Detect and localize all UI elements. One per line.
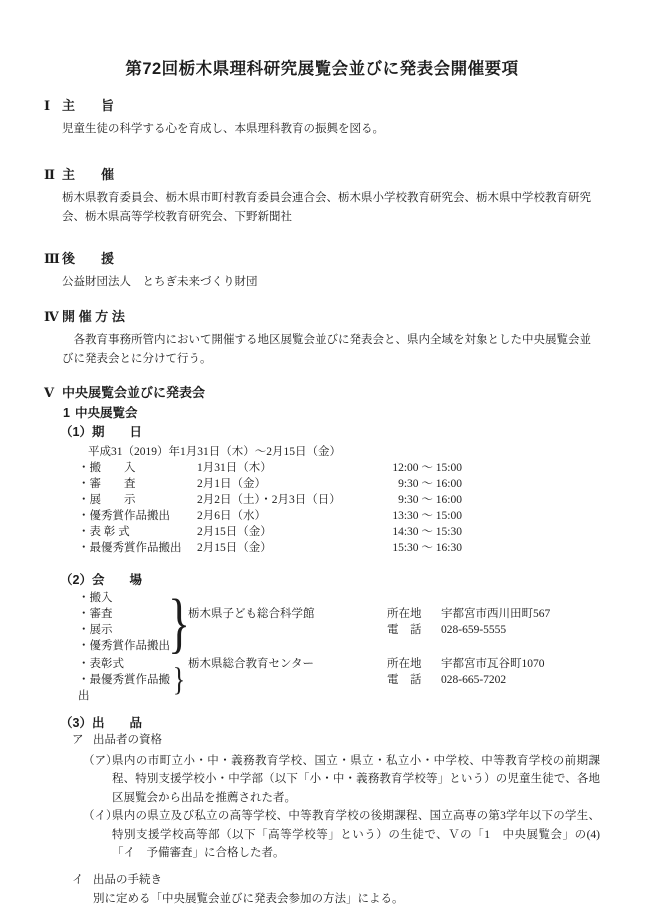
schedule-row-time: 9:30 ～ 16:00 <box>375 476 462 492</box>
item-marker: （ア） <box>83 752 112 771</box>
section-heading: 中央展覧会並びに発表会 <box>62 386 205 400</box>
schedule-period: 平成31（2019）年1月31日（木）～2月15日（金） <box>88 444 600 460</box>
item-text: 県内の県立及び私立の高等学校、中等教育学校の後期課程、国立高専の第3学年以下の学… <box>112 807 600 863</box>
page-title: 第72回栃木県理科研究展覧会並びに発表会開催要項 <box>44 58 600 80</box>
section-body: 児童生徒の科学する心を育成し、本県理科教育の振興を図る。 <box>62 120 598 139</box>
schedule-row-date: 2月6日（水） <box>197 508 375 524</box>
entry-section: （3）出 品 ア 出品者の資格 （ア） 県内の市町立小・中・義務教育学校、国立・… <box>44 716 600 907</box>
section-support: Ⅲ 後 援 公益財団法人 とちぎ未来づくり財団 <box>44 252 600 292</box>
section-numeral: Ⅳ <box>44 310 62 324</box>
schedule-row: ・最優秀賞作品搬出 2月15日（金） 15:30 ～ 16:30 <box>78 540 600 556</box>
venue-groups: ・搬入 ・審査 ・展示 ・優秀賞作品搬出 } 栃木県子ども総合科学館 所在地 宇… <box>78 590 600 704</box>
tel-label: 電 話 <box>387 672 435 688</box>
section-heading: 開 催 方 法 <box>62 310 125 324</box>
schedule-row-time: 13:30 ～ 15:00 <box>375 508 462 524</box>
section-body: 栃木県教育委員会、栃木県市町村教育委員会連合会、栃木県小学校教育研究会、栃木県中… <box>62 189 598 227</box>
subsection-heading: 中央展覧会 <box>75 406 138 420</box>
subsection-number: 1 <box>63 406 75 420</box>
venue-contact: 所在地 宇都宮市西川田町567 電 話 028-659-5555 <box>387 606 550 638</box>
schedule-row: ・展 示 2月2日（土）・2月3日（日） 9:30 ～ 16:00 <box>78 492 600 508</box>
schedule-row-label: ・優秀賞作品搬出 <box>78 508 197 524</box>
venue-group-items: ・表彰式 ・最優秀賞作品搬出 <box>78 656 172 704</box>
venue-contact: 所在地 宇都宮市瓦谷町1070 電 話 028-665-7202 <box>387 656 545 688</box>
venue-item: ・最優秀賞作品搬出 <box>78 672 172 704</box>
schedule-row-label: ・審 査 <box>78 476 197 492</box>
section-numeral: Ⅱ <box>44 168 62 182</box>
section-host: Ⅱ 主 催 栃木県教育委員会、栃木県市町村教育委員会連合会、栃木県小学校教育研究… <box>44 168 600 227</box>
qualification-heading-row: ア 出品者の資格 <box>72 733 600 748</box>
section-heading: 主 旨 <box>62 99 114 113</box>
schedule-row-date: 2月15日（金） <box>197 540 375 556</box>
section-body: 公益財団法人 とちぎ未来づくり財団 <box>62 273 598 292</box>
section-heading: 後 援 <box>62 252 114 266</box>
tel-value: 028-659-5555 <box>435 622 506 638</box>
address-value: 宇都宮市西川田町567 <box>435 606 550 622</box>
schedule-row-time: 9:30 ～ 16:00 <box>375 492 462 508</box>
schedule-row-label: ・表 彰 式 <box>78 524 197 540</box>
address-label: 所在地 <box>387 656 435 672</box>
item-letter: ア <box>72 733 93 748</box>
schedule-row-label: ・搬 入 <box>78 460 197 476</box>
schedule-row-time: 12:00 ～ 15:00 <box>375 460 462 476</box>
section-purpose: Ⅰ 主 旨 児童生徒の科学する心を育成し、本県理科教育の振興を図る。 <box>44 99 600 139</box>
schedule-row-label: ・最優秀賞作品搬出 <box>78 540 197 556</box>
qualification-item: （イ） 県内の県立及び私立の高等学校、中等教育学校の後期課程、国立高専の第3学年… <box>83 807 600 863</box>
section-heading: 主 催 <box>62 168 114 182</box>
item-text: 県内の市町立小・中・義務教育学校、国立・県立・私立小・中学校、中等教育学校の前期… <box>112 752 600 808</box>
brace-icon: } <box>172 656 186 704</box>
venue-heading: （2）会 場 <box>60 573 600 587</box>
schedule-row-date: 2月15日（金） <box>197 524 375 540</box>
schedule-row: ・搬 入 1月31日（木） 12:00 ～ 15:00 <box>78 460 600 476</box>
document-page: 第72回栃木県理科研究展覧会並びに発表会開催要項 Ⅰ 主 旨 児童生徒の科学する… <box>0 0 646 914</box>
venue-item: ・審査 <box>78 606 172 622</box>
schedule-row-date: 1月31日（木） <box>197 460 375 476</box>
schedule-row: ・表 彰 式 2月15日（金） 14:30 ～ 15:30 <box>78 524 600 540</box>
section-central-exhibition: Ⅴ 中央展覧会並びに発表会 1 中央展覧会 （1）期 日 平成31（2019）年… <box>44 386 600 907</box>
tel-label: 電 話 <box>387 622 435 638</box>
procedure-heading: 出品の手続き <box>93 873 162 888</box>
venue-item: ・表彰式 <box>78 656 172 672</box>
venue-name: 栃木県子ども総合科学館 <box>186 606 387 622</box>
procedure-body: 別に定める「中央展覧会並びに発表会参加の方法」による。 <box>93 891 600 907</box>
venue-group-items: ・搬入 ・審査 ・展示 ・優秀賞作品搬出 <box>78 590 172 654</box>
section-numeral: Ⅲ <box>44 252 62 266</box>
schedule-row-time: 14:30 ～ 15:30 <box>375 524 462 540</box>
schedule-row: ・優秀賞作品搬出 2月6日（水） 13:30 ～ 15:00 <box>78 508 600 524</box>
schedule-row-date: 2月2日（土）・2月3日（日） <box>197 492 375 508</box>
procedure-heading-row: イ 出品の手続き <box>72 873 600 888</box>
section-numeral: Ⅴ <box>44 386 62 400</box>
venue-group-science-museum: ・搬入 ・審査 ・展示 ・優秀賞作品搬出 } 栃木県子ども総合科学館 所在地 宇… <box>78 590 600 654</box>
section-method: Ⅳ 開 催 方 法 各教育事務所管内において開催する地区展覧会並びに発表会と、県… <box>44 310 600 369</box>
item-letter: イ <box>72 873 93 888</box>
subsection-central-exhibition: 1 中央展覧会 <box>63 406 600 420</box>
tel-value: 028-665-7202 <box>435 672 506 688</box>
qualification-item: （ア） 県内の市町立小・中・義務教育学校、国立・県立・私立小・中学校、中等教育学… <box>83 752 600 808</box>
item-marker: （イ） <box>83 807 112 826</box>
entry-heading: （3）出 品 <box>60 716 600 730</box>
venue-group-education-center: ・表彰式 ・最優秀賞作品搬出 } 栃木県総合教育センター 所在地 宇都宮市瓦谷町… <box>78 656 600 704</box>
schedule-row-label: ・展 示 <box>78 492 197 508</box>
venue-item: ・展示 <box>78 622 172 638</box>
brace-icon: } <box>172 590 186 654</box>
address-value: 宇都宮市瓦谷町1070 <box>435 656 545 672</box>
schedule-row: ・審 査 2月1日（金） 9:30 ～ 16:00 <box>78 476 600 492</box>
schedule-heading: （1）期 日 <box>60 425 600 439</box>
qualification-items: （ア） 県内の市町立小・中・義務教育学校、国立・県立・私立小・中学校、中等教育学… <box>83 752 600 863</box>
schedule-row-time: 15:30 ～ 16:30 <box>375 540 462 556</box>
section-numeral: Ⅰ <box>44 99 62 113</box>
venue-name: 栃木県総合教育センター <box>186 656 387 672</box>
schedule-table: ・搬 入 1月31日（木） 12:00 ～ 15:00 ・審 査 2月1日（金）… <box>78 460 600 556</box>
schedule-row-date: 2月1日（金） <box>197 476 375 492</box>
section-body: 各教育事務所管内において開催する地区展覧会並びに発表会と、県内全域を対象とした中… <box>62 331 598 369</box>
venue-item: ・搬入 <box>78 590 172 606</box>
venue-item: ・優秀賞作品搬出 <box>78 638 172 654</box>
qualification-heading: 出品者の資格 <box>93 733 162 748</box>
address-label: 所在地 <box>387 606 435 622</box>
